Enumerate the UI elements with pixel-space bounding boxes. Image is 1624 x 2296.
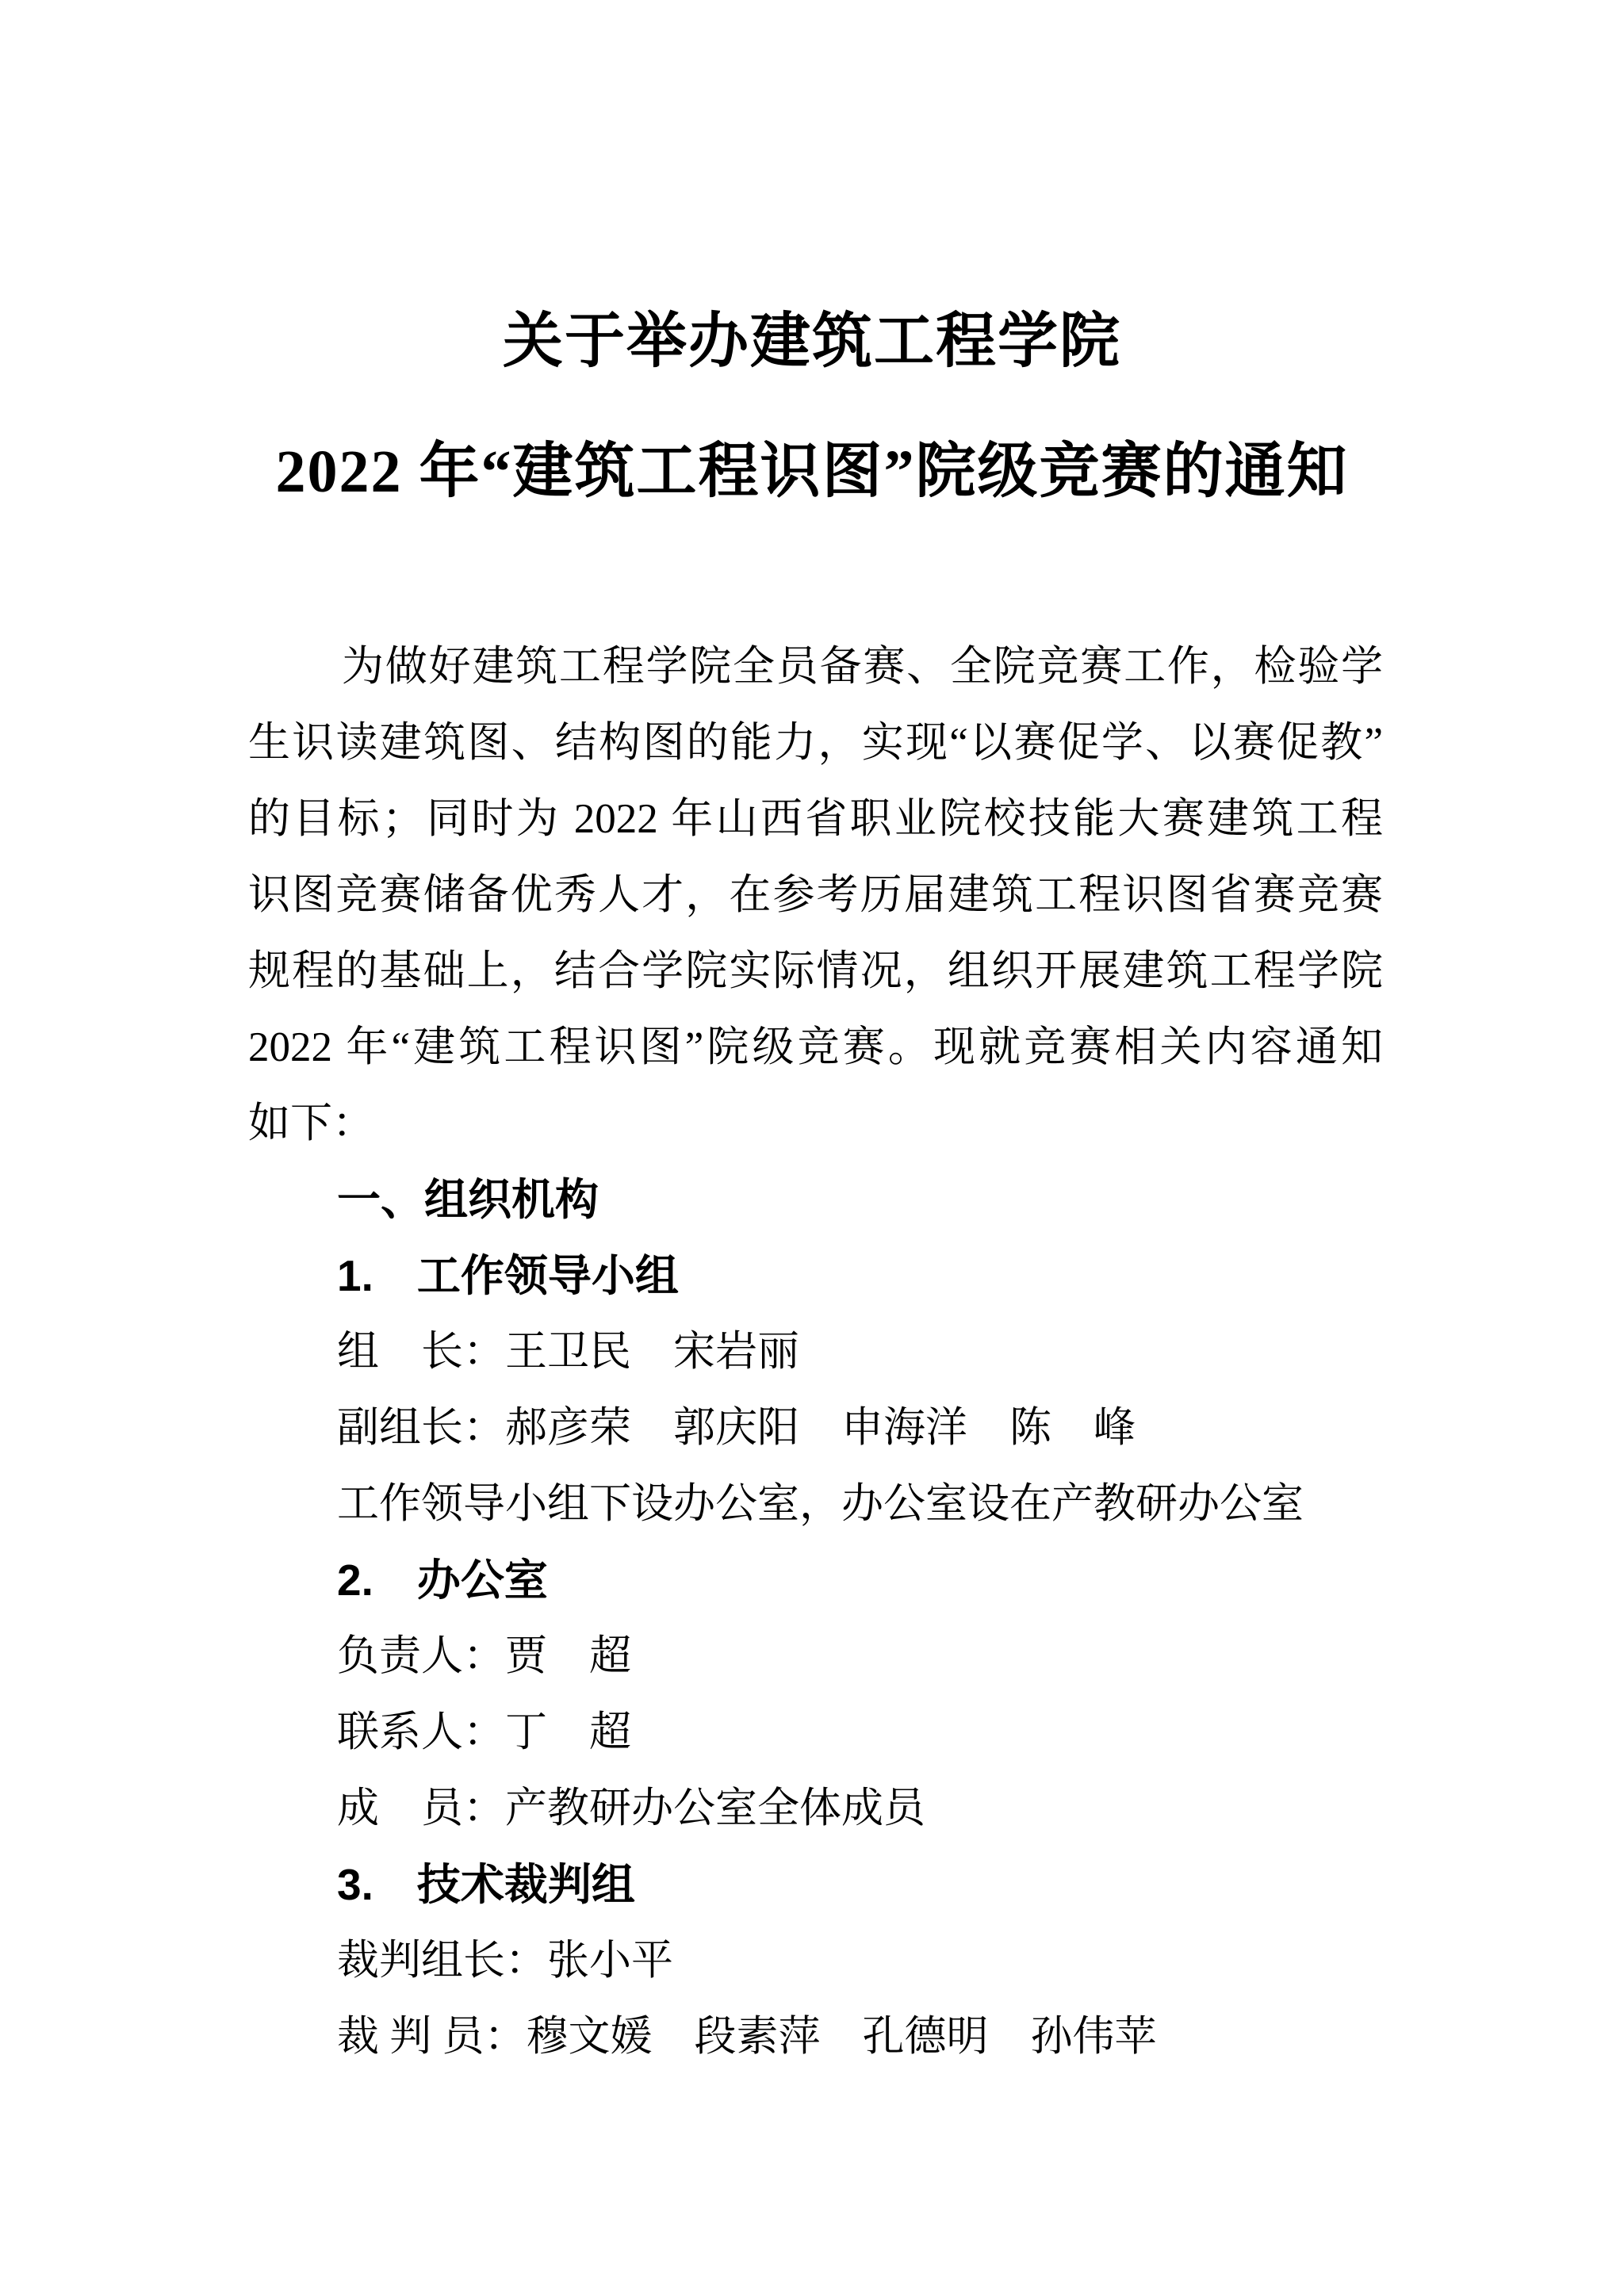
org-note-office-location: 工作领导小组下设办公室，办公室设在产教研办公室: [248, 1466, 1383, 1542]
document-title: 关于举办建筑工程学院 2022 年“建筑工程识图”院级竞赛的通知: [0, 277, 1624, 537]
intro-paragraph-line-4: 识图竞赛储备优秀人才，在参考历届建筑工程识图省赛竞赛: [248, 857, 1383, 933]
intro-paragraph-line-6: 2022 年“建筑工程识图”院级竞赛。现就竞赛相关内容通知: [248, 1009, 1383, 1085]
document-page: 关于举办建筑工程学院 2022 年“建筑工程识图”院级竞赛的通知 为做好建筑工程…: [0, 0, 1624, 2296]
intro-paragraph-line-3: 的目标；同时为 2022 年山西省职业院校技能大赛建筑工程: [248, 781, 1383, 857]
subsection-heading-office: 2. 办公室: [248, 1542, 1383, 1618]
intro-paragraph-line-1: 为做好建筑工程学院全员备赛、全院竞赛工作，检验学: [248, 629, 1383, 705]
subsection-heading-leading-group: 1. 工作领导小组: [248, 1238, 1383, 1314]
intro-paragraph-line-2: 生识读建筑图、结构图的能力，实现“以赛促学、以赛促教”: [248, 705, 1383, 781]
org-role-line-members: 成 员：产教研办公室全体成员: [248, 1770, 1383, 1846]
org-role-line-group-leader: 组 长：王卫民 宋岩丽: [248, 1314, 1383, 1390]
org-role-line-person-in-charge: 负责人：贾 超: [248, 1618, 1383, 1694]
org-role-line-judges: 裁 判 员：穆文媛 段素萍 孔德明 孙伟苹: [248, 1999, 1383, 2075]
intro-paragraph-line-7: 如下：: [248, 1085, 1383, 1161]
document-body: 为做好建筑工程学院全员备赛、全院竞赛工作，检验学 生识读建筑图、结构图的能力，实…: [248, 629, 1383, 2075]
org-role-line-deputy-leaders: 副组长：郝彦荣 郭庆阳 申海洋 陈 峰: [248, 1390, 1383, 1466]
org-role-line-chief-judge: 裁判组长：张小平: [248, 1923, 1383, 1999]
title-line-2: 2022 年“建筑工程识图”院级竞赛的通知: [0, 407, 1624, 537]
title-line-1: 关于举办建筑工程学院: [0, 277, 1624, 407]
org-role-line-contact-person: 联系人：丁 超: [248, 1694, 1383, 1770]
intro-paragraph-line-5: 规程的基础上，结合学院实际情况，组织开展建筑工程学院: [248, 933, 1383, 1009]
subsection-heading-judging-group: 3. 技术裁判组: [248, 1846, 1383, 1923]
section-heading-organization: 一、组织机构: [248, 1161, 1383, 1238]
